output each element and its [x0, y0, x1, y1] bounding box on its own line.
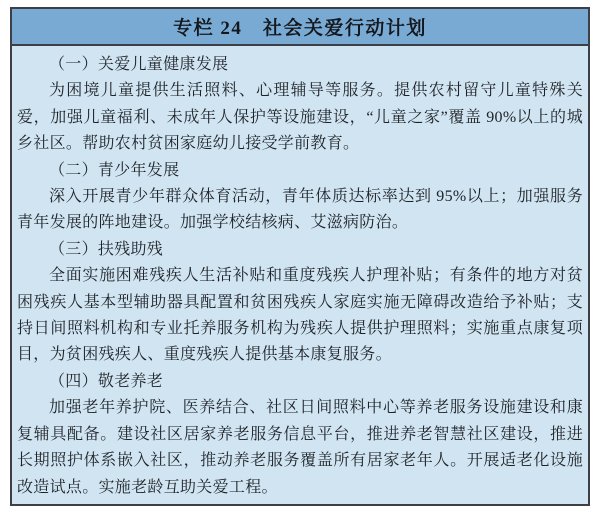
section-heading: （四）敬老养老 [17, 369, 583, 395]
panel-title: 专栏 24 社会关爱行动计划 [173, 13, 427, 40]
section-heading: （二）青少年发展 [17, 158, 583, 184]
panel-body: （一）关爱儿童健康发展 为困境儿童提供生活照料、心理辅导等服务。提供农村留守儿童… [12, 46, 588, 504]
section-child-health: （一）关爱儿童健康发展 为困境儿童提供生活照料、心理辅导等服务。提供农村留守儿童… [17, 52, 583, 158]
section-paragraph: 为困境儿童提供生活照料、心理辅导等服务。提供农村留守儿童特殊关爱，加强儿童福利、… [17, 78, 583, 157]
section-heading: （一）关爱儿童健康发展 [17, 52, 583, 78]
section-disability-support: （三）扶残助残 全面实施困难残疾人生活补贴和重度残疾人护理补贴；有条件的地方对贫… [17, 237, 583, 369]
section-paragraph: 加强老年养护院、医养结合、社区日间照料中心等养老服务设施建设和康复辅具配备。建设… [17, 395, 583, 501]
section-paragraph: 深入开展青少年群众体育活动，青年体质达标率达到 95%以上；加强服务青年发展的阵… [17, 184, 583, 237]
document-page: 专栏 24 社会关爱行动计划 （一）关爱儿童健康发展 为困境儿童提供生活照料、心… [0, 0, 600, 524]
section-youth-development: （二）青少年发展 深入开展青少年群众体育活动，青年体质达标率达到 95%以上；加… [17, 158, 583, 237]
section-heading: （三）扶残助残 [17, 237, 583, 263]
panel-box: 专栏 24 社会关爱行动计划 （一）关爱儿童健康发展 为困境儿童提供生活照料、心… [10, 7, 590, 506]
section-paragraph: 全面实施困难残疾人生活补贴和重度残疾人护理补贴；有条件的地方对贫困残疾人基本型辅… [17, 263, 583, 369]
section-elderly-care: （四）敬老养老 加强老年养护院、医养结合、社区日间照料中心等养老服务设施建设和康… [17, 369, 583, 501]
panel-header: 专栏 24 社会关爱行动计划 [12, 9, 588, 46]
